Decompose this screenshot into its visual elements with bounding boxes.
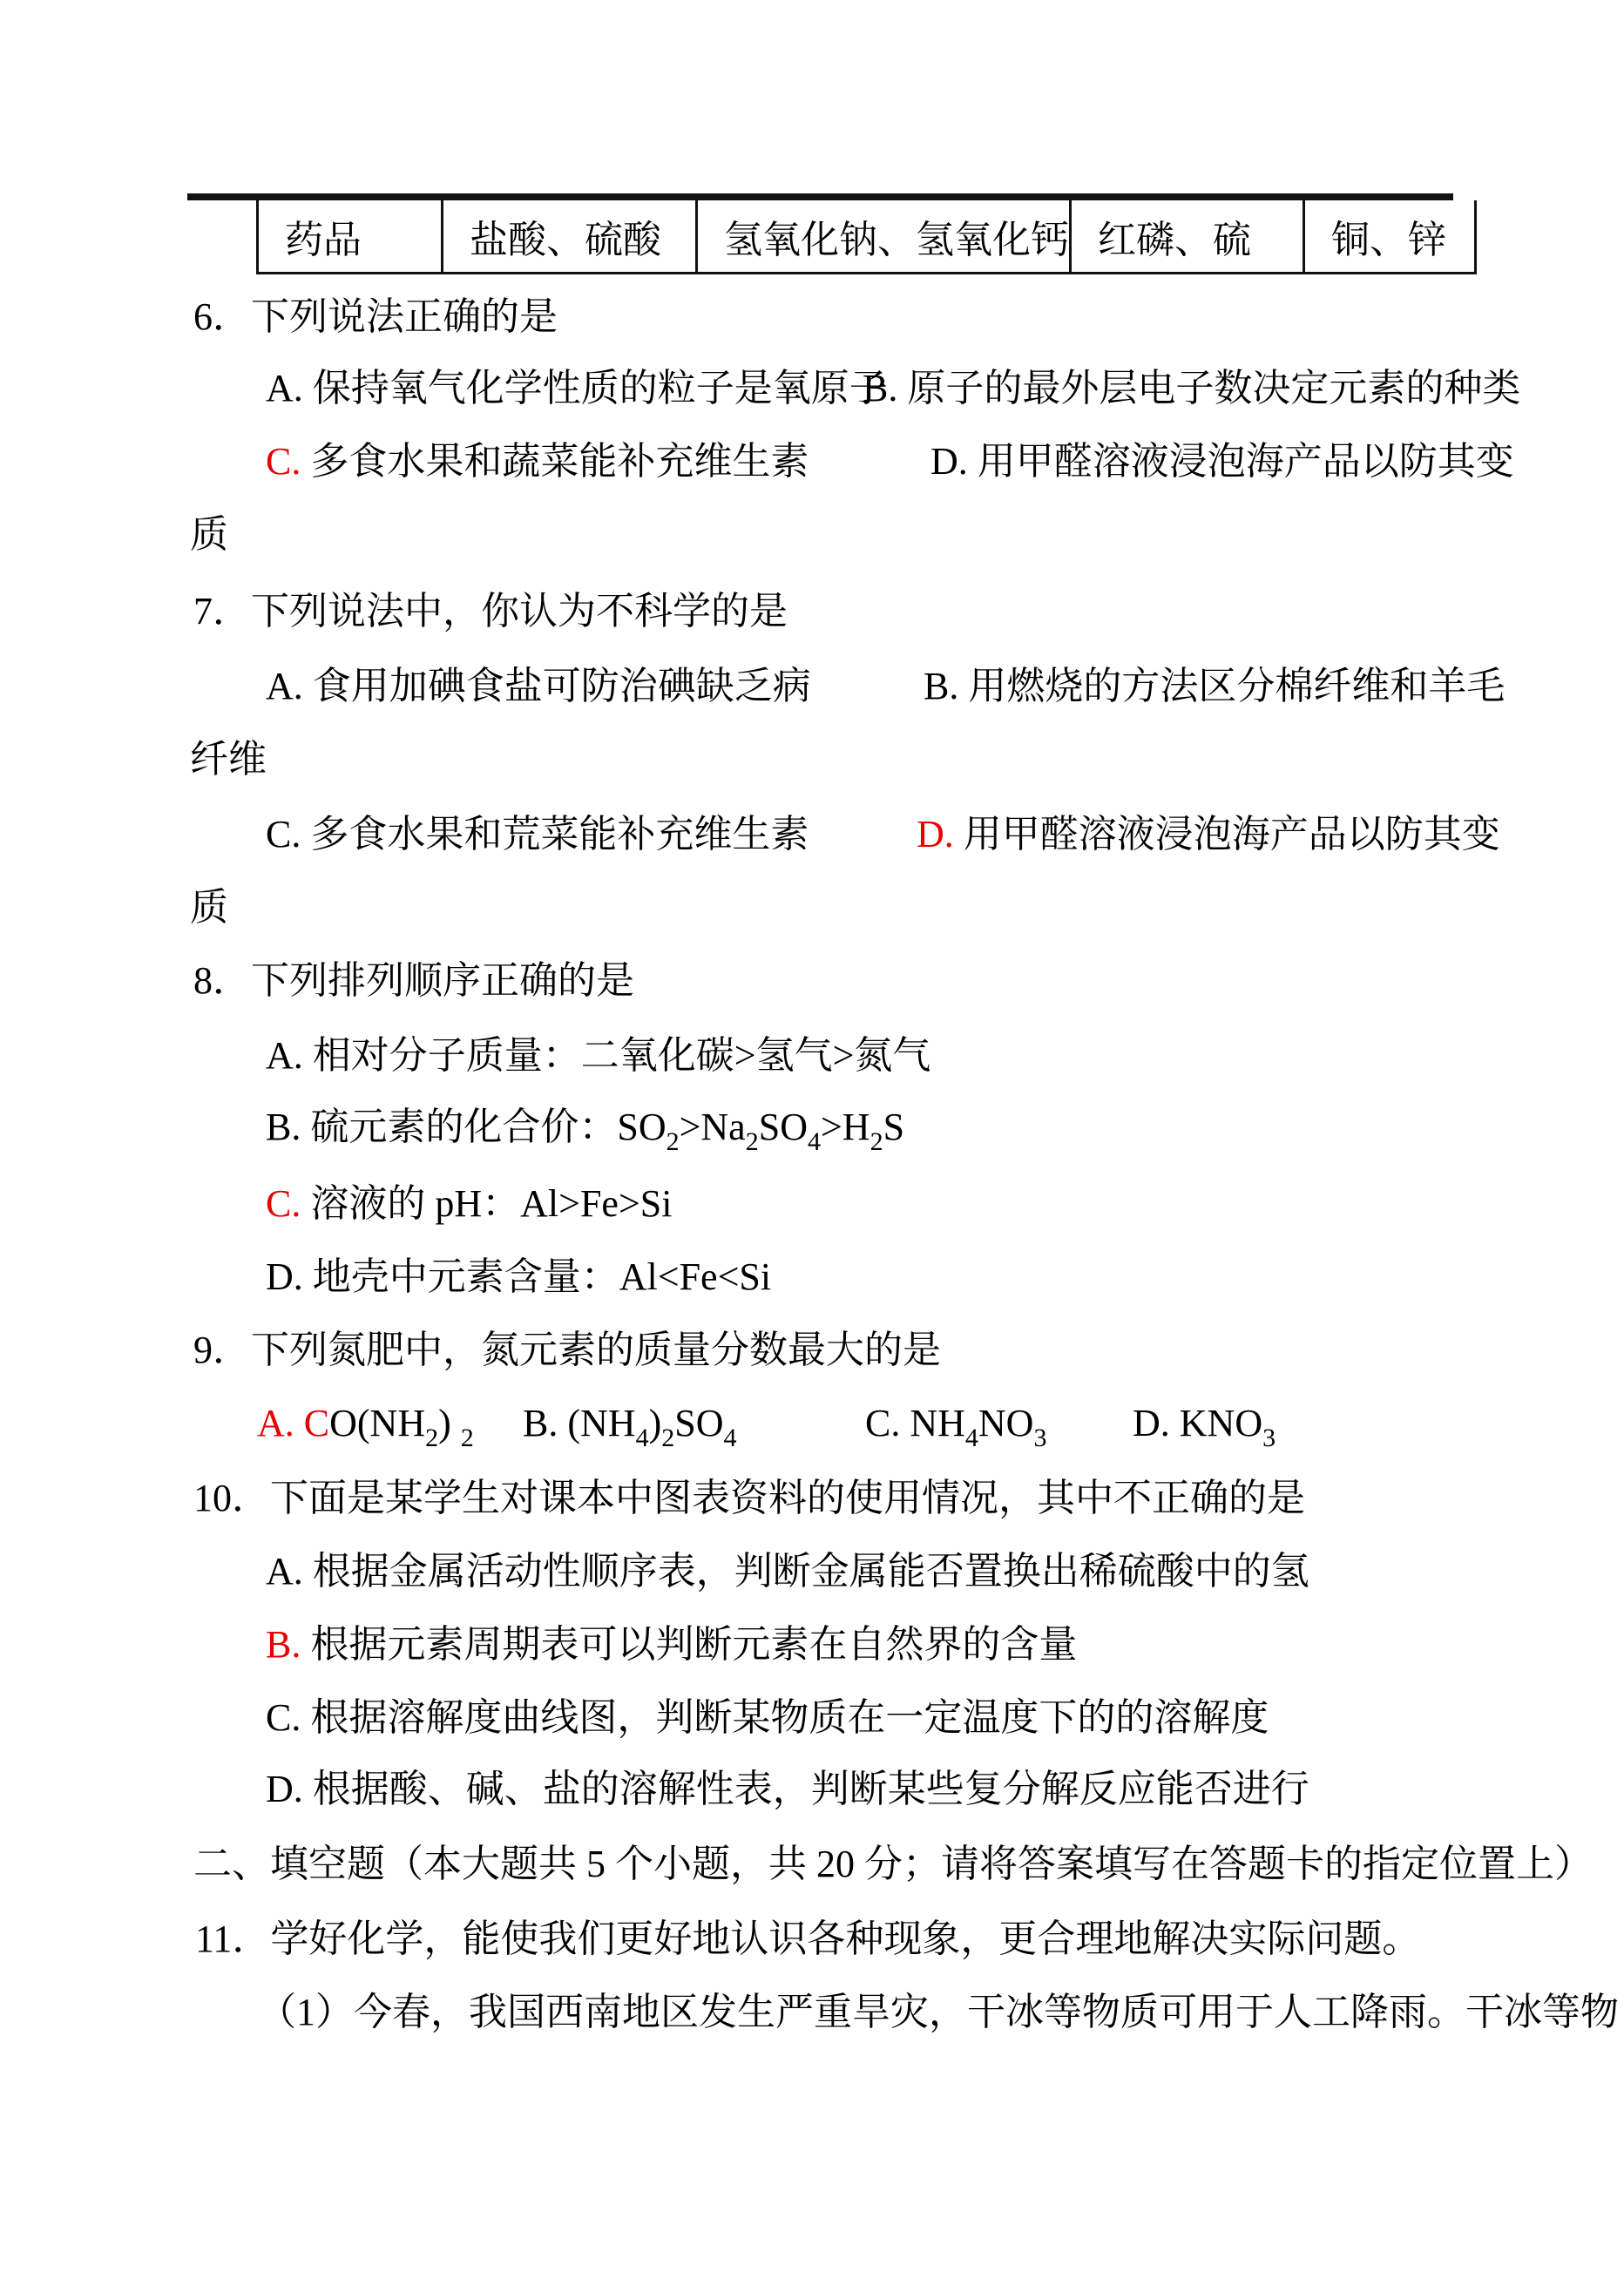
q8-b-seg5: S xyxy=(883,1106,904,1148)
q8-option-b: B. 硫元素的化合价：SO2>Na2SO4>H2S xyxy=(266,1105,904,1150)
table-cell-metals: 铜、锌 xyxy=(1304,200,1476,274)
q8-b-sub2: 2 xyxy=(746,1127,759,1156)
table-cell-reagent-label: 药品 xyxy=(258,200,443,274)
q9-a-seg2: ) xyxy=(438,1402,461,1444)
q7-option-b-wrap: 纤维 xyxy=(190,737,267,782)
section-2-header: 二、填空题（本大题共 5 个小题，共 20 分；请将答案填写在答题卡的指定位置上… xyxy=(193,1842,1593,1887)
q10-option-b: B. 根据元素周期表可以判断元素在自然界的含量 xyxy=(266,1622,1077,1667)
q6-option-c-text: 多食水果和蔬菜能补充维生素 xyxy=(310,440,809,483)
q8-b-seg3: SO xyxy=(759,1106,808,1148)
q10-stem: 10．下面是某学生对课本中图表资料的使用情况，其中不正确的是 xyxy=(193,1476,1305,1521)
q9-b-seg2: ) xyxy=(649,1402,662,1444)
q9-a-sub2: 2 xyxy=(461,1424,474,1452)
q11-part-1: （1）今春，我国西南地区发生严重旱灾，干冰等物质可用于人工降雨。干冰等物 xyxy=(258,1990,1619,2035)
table-cell-bases: 氢氧化钠、氢氧化钙 xyxy=(697,200,1071,274)
q7-option-c: C. 多食水果和荒菜能补充维生素 xyxy=(266,812,809,857)
q9-a-sub1: 2 xyxy=(425,1424,438,1452)
q7-option-b: B. 用燃烧的方法区分棉纤维和羊毛 xyxy=(924,664,1505,709)
q8-b-sub1: 2 xyxy=(667,1127,680,1156)
q6-option-a: A. 保持氧气化学性质的粒子是氧原子 xyxy=(266,366,888,411)
q8-b-seg4: >H xyxy=(821,1106,870,1148)
q7-option-d-answer-label: D. xyxy=(917,813,964,856)
q7-option-d-text: 用甲醛溶液浸泡海产品以防其变 xyxy=(964,813,1500,856)
q8-stem: 8．下列排列顺序正确的是 xyxy=(193,958,634,1004)
q7-option-d-wrap: 质 xyxy=(190,885,228,930)
q8-option-c: C. 溶液的 pH：Al>Fe>Si xyxy=(266,1181,672,1227)
q8-b-seg2: >Na xyxy=(680,1106,746,1148)
q9-a-seg1: O(NH xyxy=(329,1402,425,1444)
q9-b-seg3: SO xyxy=(674,1402,723,1444)
q9-stem: 9．下列氮肥中，氮元素的质量分数最大的是 xyxy=(193,1328,941,1373)
q9-c-seg2: NO xyxy=(978,1402,1034,1444)
q7-stem: 7．下列说法中，你认为不科学的是 xyxy=(193,589,788,634)
q9-option-a-answer-label: A. C xyxy=(257,1402,329,1444)
q9-d-seg1: D. KNO xyxy=(1133,1402,1262,1444)
q8-option-c-answer-label: C. xyxy=(266,1182,310,1225)
table-cell-acids: 盐酸、硫酸 xyxy=(443,200,697,274)
q11-stem: 11．学好化学，能使我们更好地认识各种现象，更合理地解决实际问题。 xyxy=(195,1917,1420,1962)
q9-b-sub3: 4 xyxy=(723,1424,736,1452)
q9-c-sub2: 3 xyxy=(1033,1424,1046,1452)
q6-stem: 6．下列说法正确的是 xyxy=(193,294,558,340)
q9-option-d: D. KNO3 xyxy=(1133,1401,1276,1446)
q9-b-sub2: 2 xyxy=(661,1424,674,1452)
q9-option-b: B. (NH4)2SO4 xyxy=(523,1401,736,1446)
exam-page: 药品 盐酸、硫酸 氢氧化钠、氢氧化钙 红磷、硫 铜、锌 6．下列说法正确的是 A… xyxy=(0,0,1624,2293)
q8-option-c-text: 溶液的 pH：Al>Fe>Si xyxy=(310,1182,672,1225)
q8-option-a: A. 相对分子质量：二氧化碳>氢气>氮气 xyxy=(266,1033,930,1079)
table-cell-nonmetals: 红磷、硫 xyxy=(1071,200,1304,274)
q6-option-c: C. 多食水果和蔬菜能补充维生素 xyxy=(266,439,809,484)
table-row: 药品 盐酸、硫酸 氢氧化钠、氢氧化钙 红磷、硫 铜、锌 xyxy=(258,200,1476,274)
q10-option-b-answer-label: B. xyxy=(266,1623,310,1666)
q6-option-c-answer-label: C. xyxy=(266,440,310,483)
q7-option-a: A. 食用加碘食盐可防治碘缺乏病 xyxy=(266,664,811,709)
table-top-rule xyxy=(187,193,1453,200)
q7-option-d: D. 用甲醛溶液浸泡海产品以防其变 xyxy=(917,812,1500,857)
q10-option-c: C. 根据溶解度曲线图，判断某物质在一定温度下的的溶解度 xyxy=(266,1695,1269,1741)
q8-b-sub4: 2 xyxy=(870,1127,883,1156)
q6-option-b: B. 原子的最外层电子数决定元素的种类 xyxy=(863,366,1520,411)
q8-option-b-text: B. 硫元素的化合价：SO xyxy=(266,1106,667,1148)
reagent-table: 药品 盐酸、硫酸 氢氧化钠、氢氧化钙 红磷、硫 铜、锌 xyxy=(256,200,1477,274)
q6-option-d: D. 用甲醛溶液浸泡海产品以防其变 xyxy=(930,439,1514,484)
q9-c-sub1: 4 xyxy=(965,1424,978,1452)
q10-option-a: A. 根据金属活动性顺序表，判断金属能否置换出稀硫酸中的氢 xyxy=(266,1549,1309,1594)
q9-b-seg1: B. (NH xyxy=(523,1402,636,1444)
q6-option-d-wrap: 质 xyxy=(190,512,228,558)
q8-b-sub3: 4 xyxy=(808,1127,821,1156)
q9-option-a: A. CO(NH2) 2 xyxy=(257,1401,474,1446)
q10-option-b-text: 根据元素周期表可以判断元素在自然界的含量 xyxy=(310,1623,1077,1666)
q9-c-seg1: C. NH xyxy=(865,1402,965,1444)
q9-option-c: C. NH4NO3 xyxy=(865,1401,1046,1446)
q10-option-d: D. 根据酸、碱、盐的溶解性表，判断某些复分解反应能否进行 xyxy=(266,1767,1309,1812)
q9-d-sub1: 3 xyxy=(1262,1424,1276,1452)
q9-b-sub1: 4 xyxy=(636,1424,649,1452)
q8-option-d: D. 地壳中元素含量：Al<Fe<Si xyxy=(266,1255,771,1300)
